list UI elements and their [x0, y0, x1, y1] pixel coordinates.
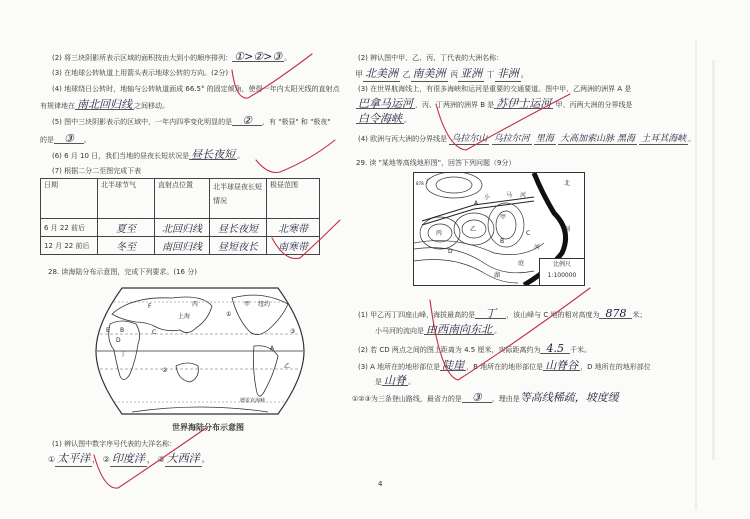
- answer-easiest-route[interactable]: ③: [462, 393, 492, 403]
- answer-boundary-3[interactable]: 里海: [534, 135, 556, 145]
- svg-text:B: B: [500, 238, 504, 245]
- scan-artifact: [695, 40, 697, 510]
- answer-continent-ding[interactable]: 非洲: [495, 67, 521, 82]
- svg-text:C: C: [152, 329, 156, 336]
- answer-river-flow[interactable]: 由西南向东北: [424, 325, 494, 335]
- q28-4: (4) 欧洲与丙大洲的分界线是 乌拉尔山 乌拉尔河 里海 大高加索山脉 黑海 土…: [358, 135, 695, 145]
- q27-5-line2: 的是③。: [40, 134, 91, 145]
- table-cell-answer[interactable]: 南回归线: [155, 237, 210, 255]
- answer-strait-b[interactable]: 苏伊士运河: [494, 99, 553, 109]
- answer-terrain-a[interactable]: 陡崖: [440, 361, 466, 371]
- answer-boundary-2[interactable]: 乌拉尔河: [492, 135, 532, 145]
- check-mark-icon: [256, 140, 335, 173]
- answer-ocean-3[interactable]: 大西洋: [165, 452, 202, 467]
- q29-1-line1: (1) 甲乙丙丁四座山峰，海拔最高的是丁，该山峰与 C 地的相对高度为878米；: [358, 309, 646, 320]
- table-cell-answer[interactable]: 北寒带: [267, 219, 320, 237]
- svg-text:上海: 上海: [178, 312, 190, 320]
- q27-3: (3) 在地球公转轨道上用箭头表示地球公转的方向。(2分): [52, 69, 228, 78]
- svg-text:庭: 庭: [518, 259, 524, 267]
- q27-4-line2: 有规律地在南北回归线之间移动。: [40, 100, 169, 111]
- contour-map: 丁 丙 乙 甲 B C D A 小 马 河 洞 河 庭 湖 北 878 比例尺 …: [413, 172, 585, 286]
- svg-text:小: 小: [484, 193, 491, 201]
- world-map-caption: 世界海陆分布示意图: [172, 422, 244, 433]
- answer-highest-peak[interactable]: 丁: [475, 309, 506, 319]
- answer-terrain-d[interactable]: 山脊: [382, 376, 408, 386]
- svg-text:E: E: [106, 327, 110, 334]
- q28-3-line1: (3) 在世界航海线上，有很多海峡和运河是重要的交通要道。图中甲、乙两洲的洲界 …: [358, 85, 631, 94]
- q28-1-answers: ①太平洋， ②印度洋， ③大西洋。: [48, 452, 210, 467]
- answer-continent-jia[interactable]: 北美洲: [363, 67, 400, 82]
- table-header: 日期: [41, 179, 98, 219]
- svg-text:湖: 湖: [494, 271, 500, 279]
- svg-text:③: ③: [290, 328, 295, 335]
- svg-text:②: ②: [162, 367, 168, 374]
- answer-q27-5b[interactable]: ③: [54, 134, 84, 144]
- svg-text:乙: 乙: [284, 363, 290, 370]
- answer-q27-6[interactable]: 昼长夜短: [189, 150, 237, 160]
- svg-text:马: 马: [506, 191, 512, 199]
- answer-boundary-4[interactable]: 大高加索山脉 黑海: [558, 135, 637, 145]
- svg-text:河: 河: [534, 243, 540, 251]
- svg-text:河: 河: [520, 191, 526, 199]
- answer-strait-a[interactable]: 巴拿马运河: [356, 99, 415, 109]
- q27-2: (2) 将三块阴影所表示区域的面积按由大到小的顺序排列：①>②>③。: [52, 52, 291, 63]
- answer-q27-2[interactable]: ①>②>③: [232, 52, 284, 62]
- q28-2-answers: 甲北美洲 乙南美洲 丙亚洲 丁非洲。: [355, 67, 529, 82]
- table-row: 6 月 22 前后 夏至 北回归线 昼长夜短 北寒带: [41, 219, 320, 237]
- q29-prompt: 29. 读 "某地等高线地形图"，回答下列问题（9分）: [356, 159, 515, 168]
- svg-text:甲: 甲: [244, 300, 250, 308]
- answer-boundary-5[interactable]: 土耳其海峡: [639, 135, 688, 145]
- q29-1-line2: 小马河的流向是由西南向东北。: [375, 325, 501, 336]
- table-cell-answer[interactable]: 南寒带: [267, 237, 320, 255]
- svg-text:乙: 乙: [470, 226, 476, 233]
- svg-text:北: 北: [564, 179, 570, 187]
- svg-text:甲: 甲: [500, 213, 506, 221]
- q28-1: (1) 辨认图中数字序号代表的大洋名称：: [52, 440, 176, 449]
- svg-text:A: A: [474, 200, 479, 207]
- table-cell-answer[interactable]: 北回归线: [155, 219, 210, 237]
- q28-prompt: 28. 读海陆分布示意图，完成下列要求。(16 分): [48, 268, 197, 277]
- page-number: 4: [378, 480, 382, 488]
- answer-strait-c[interactable]: 白令海峡: [356, 114, 404, 124]
- q29-3-line1: (3) A 地所在的地形部位是陡崖，B 地所在的地形部位是山脊谷，D 地所在的地…: [358, 361, 651, 372]
- map-label-bing: 丙: [192, 301, 198, 308]
- exam-page: (2) 将三块阴影所表示区域的面积按由大到小的顺序排列：①>②>③。 (3) 在…: [0, 0, 750, 519]
- q29-2: (2) 若 CD 两点之间的图上距离为 4.5 厘米，实际距离约为4.5千米。: [358, 344, 591, 355]
- q29-3-line2: 是山脊。: [375, 376, 415, 387]
- answer-boundary-1[interactable]: 乌拉尔山: [449, 135, 489, 145]
- q28-2: (2) 辨认图中甲、乙、丙、丁代表的大洲名称：: [358, 54, 503, 63]
- table-row: 12 月 22 前后 冬至 南回归线 昼短夜长 南寒带: [41, 237, 320, 255]
- svg-text:丁: 丁: [424, 178, 430, 185]
- svg-text:878: 878: [416, 181, 424, 186]
- table-header-row: 日期 北半球节气 直射点位置 北半球昼夜长短情况 极昼范围: [41, 179, 320, 219]
- world-map: 丙 上海 ① 甲 纽约 ③ ② 乙 E B F D 丁 C A 德雷克海峡: [92, 284, 308, 418]
- scan-artifact: [712, 60, 715, 460]
- svg-text:B: B: [120, 327, 124, 334]
- table-cell-answer[interactable]: 昼短夜长: [210, 237, 267, 255]
- answer-q27-5a[interactable]: ②: [232, 116, 262, 126]
- table-cell-answer[interactable]: 夏至: [98, 219, 155, 237]
- table-cell: 6 月 22 前后: [41, 219, 98, 237]
- table-cell-answer[interactable]: 冬至: [98, 237, 155, 255]
- answer-ocean-1[interactable]: 太平洋: [55, 452, 92, 467]
- answer-q27-4[interactable]: 南北回归线: [75, 100, 134, 110]
- q28-3-line2: 巴拿马运河，丙、丁两洲的洲界 B 是苏伊士运河 甲、丙两大洲的分界线是: [356, 99, 633, 110]
- q27-4-line1: (4) 地球绕日公转时，地轴与公转轨道面成 66.5° 的固定倾角，使得一年内太…: [52, 85, 340, 94]
- svg-text:洞: 洞: [564, 225, 570, 233]
- svg-text:丁: 丁: [120, 351, 126, 358]
- svg-text:丙: 丙: [436, 230, 442, 237]
- table-cell-answer[interactable]: 昼长夜短: [210, 219, 267, 237]
- table-cell: 12 月 22 前后: [41, 237, 98, 255]
- q29-4: ①②③为三条登山路线，最省力的是③，理由是等高线稀疏，坡度缓: [352, 393, 619, 404]
- svg-text:D: D: [448, 248, 453, 255]
- svg-text:纽约: 纽约: [258, 300, 270, 308]
- table-header: 北半球节气: [98, 179, 155, 219]
- svg-text:D: D: [116, 337, 121, 344]
- answer-relative-height[interactable]: 878: [599, 309, 632, 319]
- q27-6: (6) 6 月 10 日，我们当地的昼夜长短状况是昼长夜短。: [52, 150, 244, 161]
- answer-terrain-b[interactable]: 山脊谷: [543, 361, 580, 371]
- table-header: 直射点位置: [155, 179, 210, 219]
- svg-text:C: C: [526, 230, 530, 237]
- table-header: 极昼范围: [267, 179, 320, 219]
- table-header: 北半球昼夜长短情况: [210, 179, 267, 219]
- q27-7: (7) 根据二分二至图完成下表: [52, 167, 141, 176]
- answer-distance[interactable]: 4.5: [540, 344, 570, 354]
- solstice-table: 日期 北半球节气 直射点位置 北半球昼夜长短情况 极昼范围 6 月 22 前后 …: [40, 178, 320, 255]
- svg-text:①: ①: [226, 311, 231, 318]
- answer-route-reason[interactable]: 等高线稀疏，坡度缓: [520, 391, 619, 404]
- q28-3-line3: 白令海峡。: [356, 114, 411, 125]
- svg-text:德雷克海峡: 德雷克海峡: [240, 397, 265, 404]
- answer-continent-bing[interactable]: 亚洲: [458, 67, 484, 82]
- q27-5-line1: (5) 图中三块阴影表示的区域中，一年内四季变化明显的是②，有 "极昼" 和 "…: [52, 116, 331, 127]
- svg-text:F: F: [148, 303, 152, 310]
- answer-continent-yi[interactable]: 南美洲: [411, 67, 448, 82]
- scale-box: 比例尺 1:100000: [539, 258, 584, 285]
- answer-ocean-2[interactable]: 印度洋: [110, 452, 147, 467]
